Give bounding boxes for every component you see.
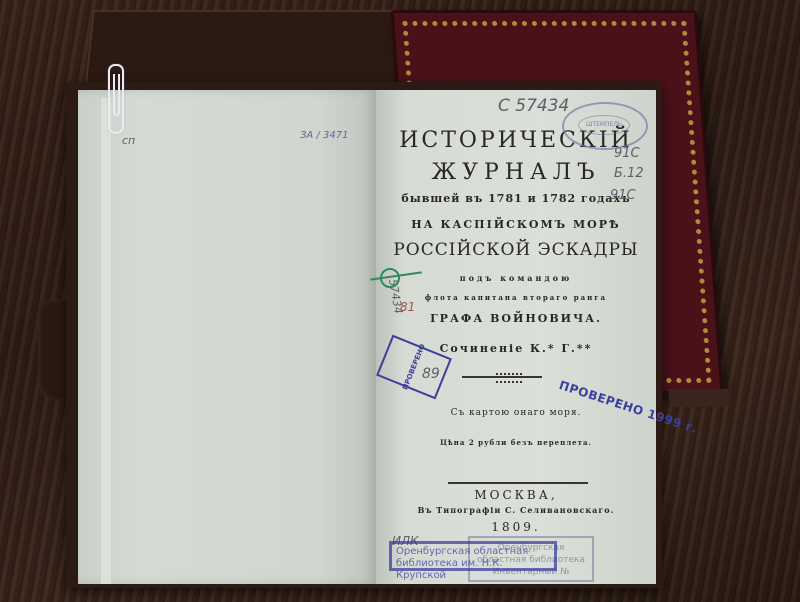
green-ink-mark	[380, 268, 400, 288]
count-name: ГРАФА ВОЙНОВИЧА.	[376, 312, 656, 325]
oval-stamp-inner: ШТЕМПЕЛЬ	[578, 115, 630, 135]
library-stamp: Оренбургская областная библиотека им. Н.…	[389, 541, 557, 571]
ornament-rule-bottom	[448, 482, 588, 484]
price-line: Цѣна 2 рубли безъ переплета.	[376, 438, 656, 447]
subtitle-caspian: НА КАСПІЙСКОМЪ МОРѢ	[376, 218, 656, 231]
class-mark-3: 91С	[610, 188, 636, 203]
printer: Въ Типографіи С. Селивановскаго.	[376, 505, 656, 515]
paperclip-icon	[108, 64, 124, 134]
checked-stamp-text: ПРОВЕРЕНО	[401, 343, 427, 391]
class-mark-2: Б.12	[614, 166, 644, 181]
year: 1809.	[376, 520, 656, 534]
subtitle-squadron: РОССІЙСКОЙ ЭСКАДРЫ	[376, 240, 656, 260]
title-page: ИСТОРИЧЕСКІЙ ЖУРНАЛЪ бывшей въ 1781 и 17…	[376, 90, 656, 584]
pencil-note: сп	[122, 134, 135, 147]
page-flap	[100, 98, 111, 584]
red-book-edge	[668, 389, 729, 407]
blue-ink-note: ЗА / 3471	[300, 130, 348, 141]
city: МОСКВА,	[376, 488, 656, 502]
left-page: сп ЗА / 3471	[78, 90, 376, 584]
rank-line: флота капитана втораго ранга	[376, 293, 656, 302]
shelf-mark: С 57434	[498, 96, 569, 116]
margin-red-number: 81	[400, 300, 415, 314]
library-stamp-1-line2: библиотека им. Н.К. Крупской	[396, 558, 550, 582]
oval-stamp: ШТЕМПЕЛЬ	[562, 102, 648, 150]
library-stamp-1-line1: Оренбургская областная	[396, 546, 550, 558]
ornament-center	[496, 373, 522, 383]
command-line: подъ командою	[376, 273, 656, 283]
